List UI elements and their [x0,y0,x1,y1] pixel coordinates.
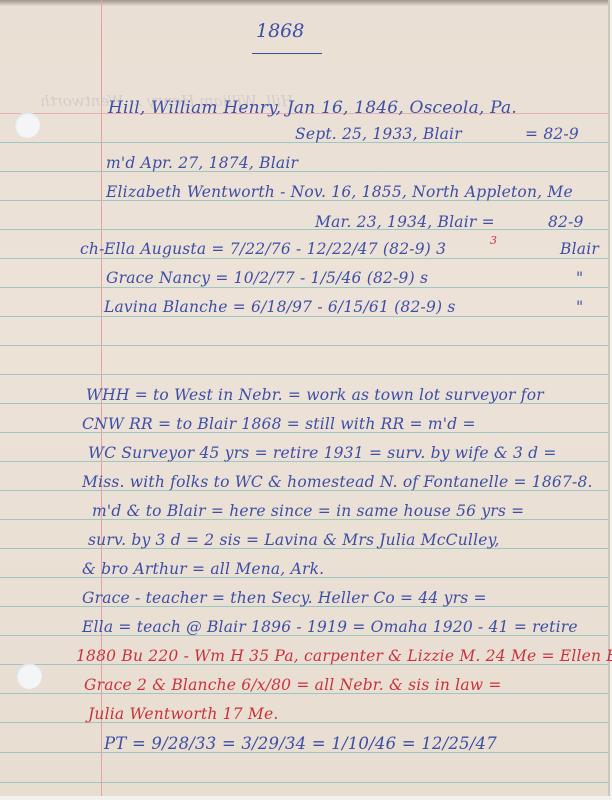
ruled-line [0,229,608,230]
note-line: & bro Arthur = all Mena, Ark. [82,560,324,578]
child-grace-place: " [576,269,583,287]
red-correction: 3 [490,234,497,247]
ruled-line [0,782,608,783]
note-line: m'd & to Blair = here since = in same ho… [92,502,524,520]
note-line: surv. by 3 d = 2 sis = Lavina & Mrs Juli… [88,531,500,549]
note-line: WC Surveyor 45 yrs = retire 1931 = surv.… [88,444,557,462]
ruled-line [0,171,608,172]
ruled-line [0,345,608,346]
page-top-edge [0,0,608,6]
title-underline [252,53,322,54]
red-note-line: Grace 2 & Blanche 6/x/80 = all Nebr. & s… [84,676,502,694]
punch-hole-top [14,112,40,138]
note-line: Miss. with folks to WC & homestead N. of… [82,473,593,491]
death-ref: = 82-9 [525,125,579,143]
page-title: 1868 [256,20,304,42]
child-prefix: ch- [80,240,105,258]
ruled-line [0,287,608,288]
name-line: Hill, William Henry, Jan 16, 1846, Osceo… [108,98,517,118]
notebook-page: Hill, William Henry ... Wentworth 1868 H… [0,0,610,796]
note-line: WHH = to West in Nebr. = work as town lo… [86,386,544,404]
note-line: Ella = teach @ Blair 1896 - 1919 = Omaha… [82,618,578,636]
spouse-line: Elizabeth Wentworth - Nov. 16, 1855, Nor… [106,183,573,201]
punch-hole-bottom [16,663,42,689]
spouse-death-ref: 82-9 [548,213,584,231]
footer-dates: PT = 9/28/33 = 3/29/34 = 1/10/46 = 12/25… [104,734,497,753]
red-note-line: 1880 Bu 220 - Wm H 35 Pa, carpenter & Li… [76,647,612,665]
ruled-line [0,316,608,317]
child-ella: Ella Augusta = 7/22/76 - 12/22/47 (82-9)… [104,240,446,258]
child-lavina: Lavina Blanche = 6/18/97 - 6/15/61 (82-9… [104,298,456,316]
note-line: Grace - teacher = then Secy. Heller Co =… [82,589,487,607]
note-line: CNW RR = to Blair 1868 = still with RR =… [82,415,476,433]
ruled-line [0,374,608,375]
death-line: Sept. 25, 1933, Blair [295,125,462,143]
child-lavina-place: " [576,298,583,316]
ruled-line [0,258,608,259]
spouse-death-line: Mar. 23, 1934, Blair = [315,213,495,231]
red-note-line: Julia Wentworth 17 Me. [88,705,279,723]
child-ella-place: Blair [560,240,599,258]
child-grace: Grace Nancy = 10/2/77 - 1/5/46 (82-9) s [106,269,428,287]
married-line: m'd Apr. 27, 1874, Blair [106,154,298,172]
